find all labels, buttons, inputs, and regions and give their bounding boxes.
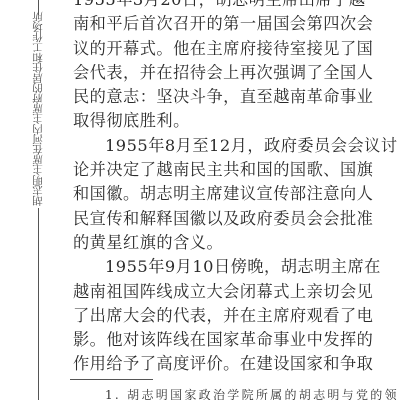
body-text: 1955年3月20日，胡志明主席出席了越 南和平后首次召开的第一届国会第四次会 …	[73, 0, 349, 377]
text-line: 论并决定了越南民主共和国的国歌、国旗	[73, 158, 349, 182]
footnote-rule	[70, 379, 153, 380]
text-line: 影。他对该阵线在国家革命事业中发挥的	[73, 328, 349, 352]
text-line: 越南祖国阵线成立大会闭幕式上亲切会见	[73, 280, 349, 304]
text-line: 作用给予了高度评价。在建设国家和争取	[73, 352, 349, 376]
text-line: 了出席大会的代表，并在主席府观看了电	[73, 304, 349, 328]
paragraph-start: 1955年9月10日傍晚，胡志明主席在	[73, 255, 349, 279]
text-line: 民的意志：坚决斗争，直至越南革命事业	[73, 85, 349, 109]
text-line: 南和平后首次召开的第一届国会第四次会	[73, 12, 349, 36]
text-line: 会代表，并在招待会上再次强调了全国人	[73, 61, 349, 85]
text-line: 民宣传和解释国徽以及政府委员会会批准	[73, 207, 349, 231]
text-line: 的黄星红旗的含义。	[73, 231, 349, 255]
margin-rule-bottom	[38, 208, 39, 400]
text-line: 和国徽。胡志明主席建议宣传部注意向人	[73, 182, 349, 206]
paragraph-start: 1955年8月至12月，政府委员会会议讨	[73, 134, 349, 158]
text-line: 1955年3月20日，胡志明主席出席了越	[73, 0, 349, 12]
text-line: 取得彻底胜利。	[73, 109, 349, 133]
text-line: 议的开幕式。他在主席府接待室接见了国	[73, 37, 349, 61]
footnote: 1. 胡志明国家政治学院所属的胡志明与党的领	[105, 386, 399, 400]
running-title: 胡志明主席在河内主席府的居住和工作场所	[30, 18, 46, 206]
